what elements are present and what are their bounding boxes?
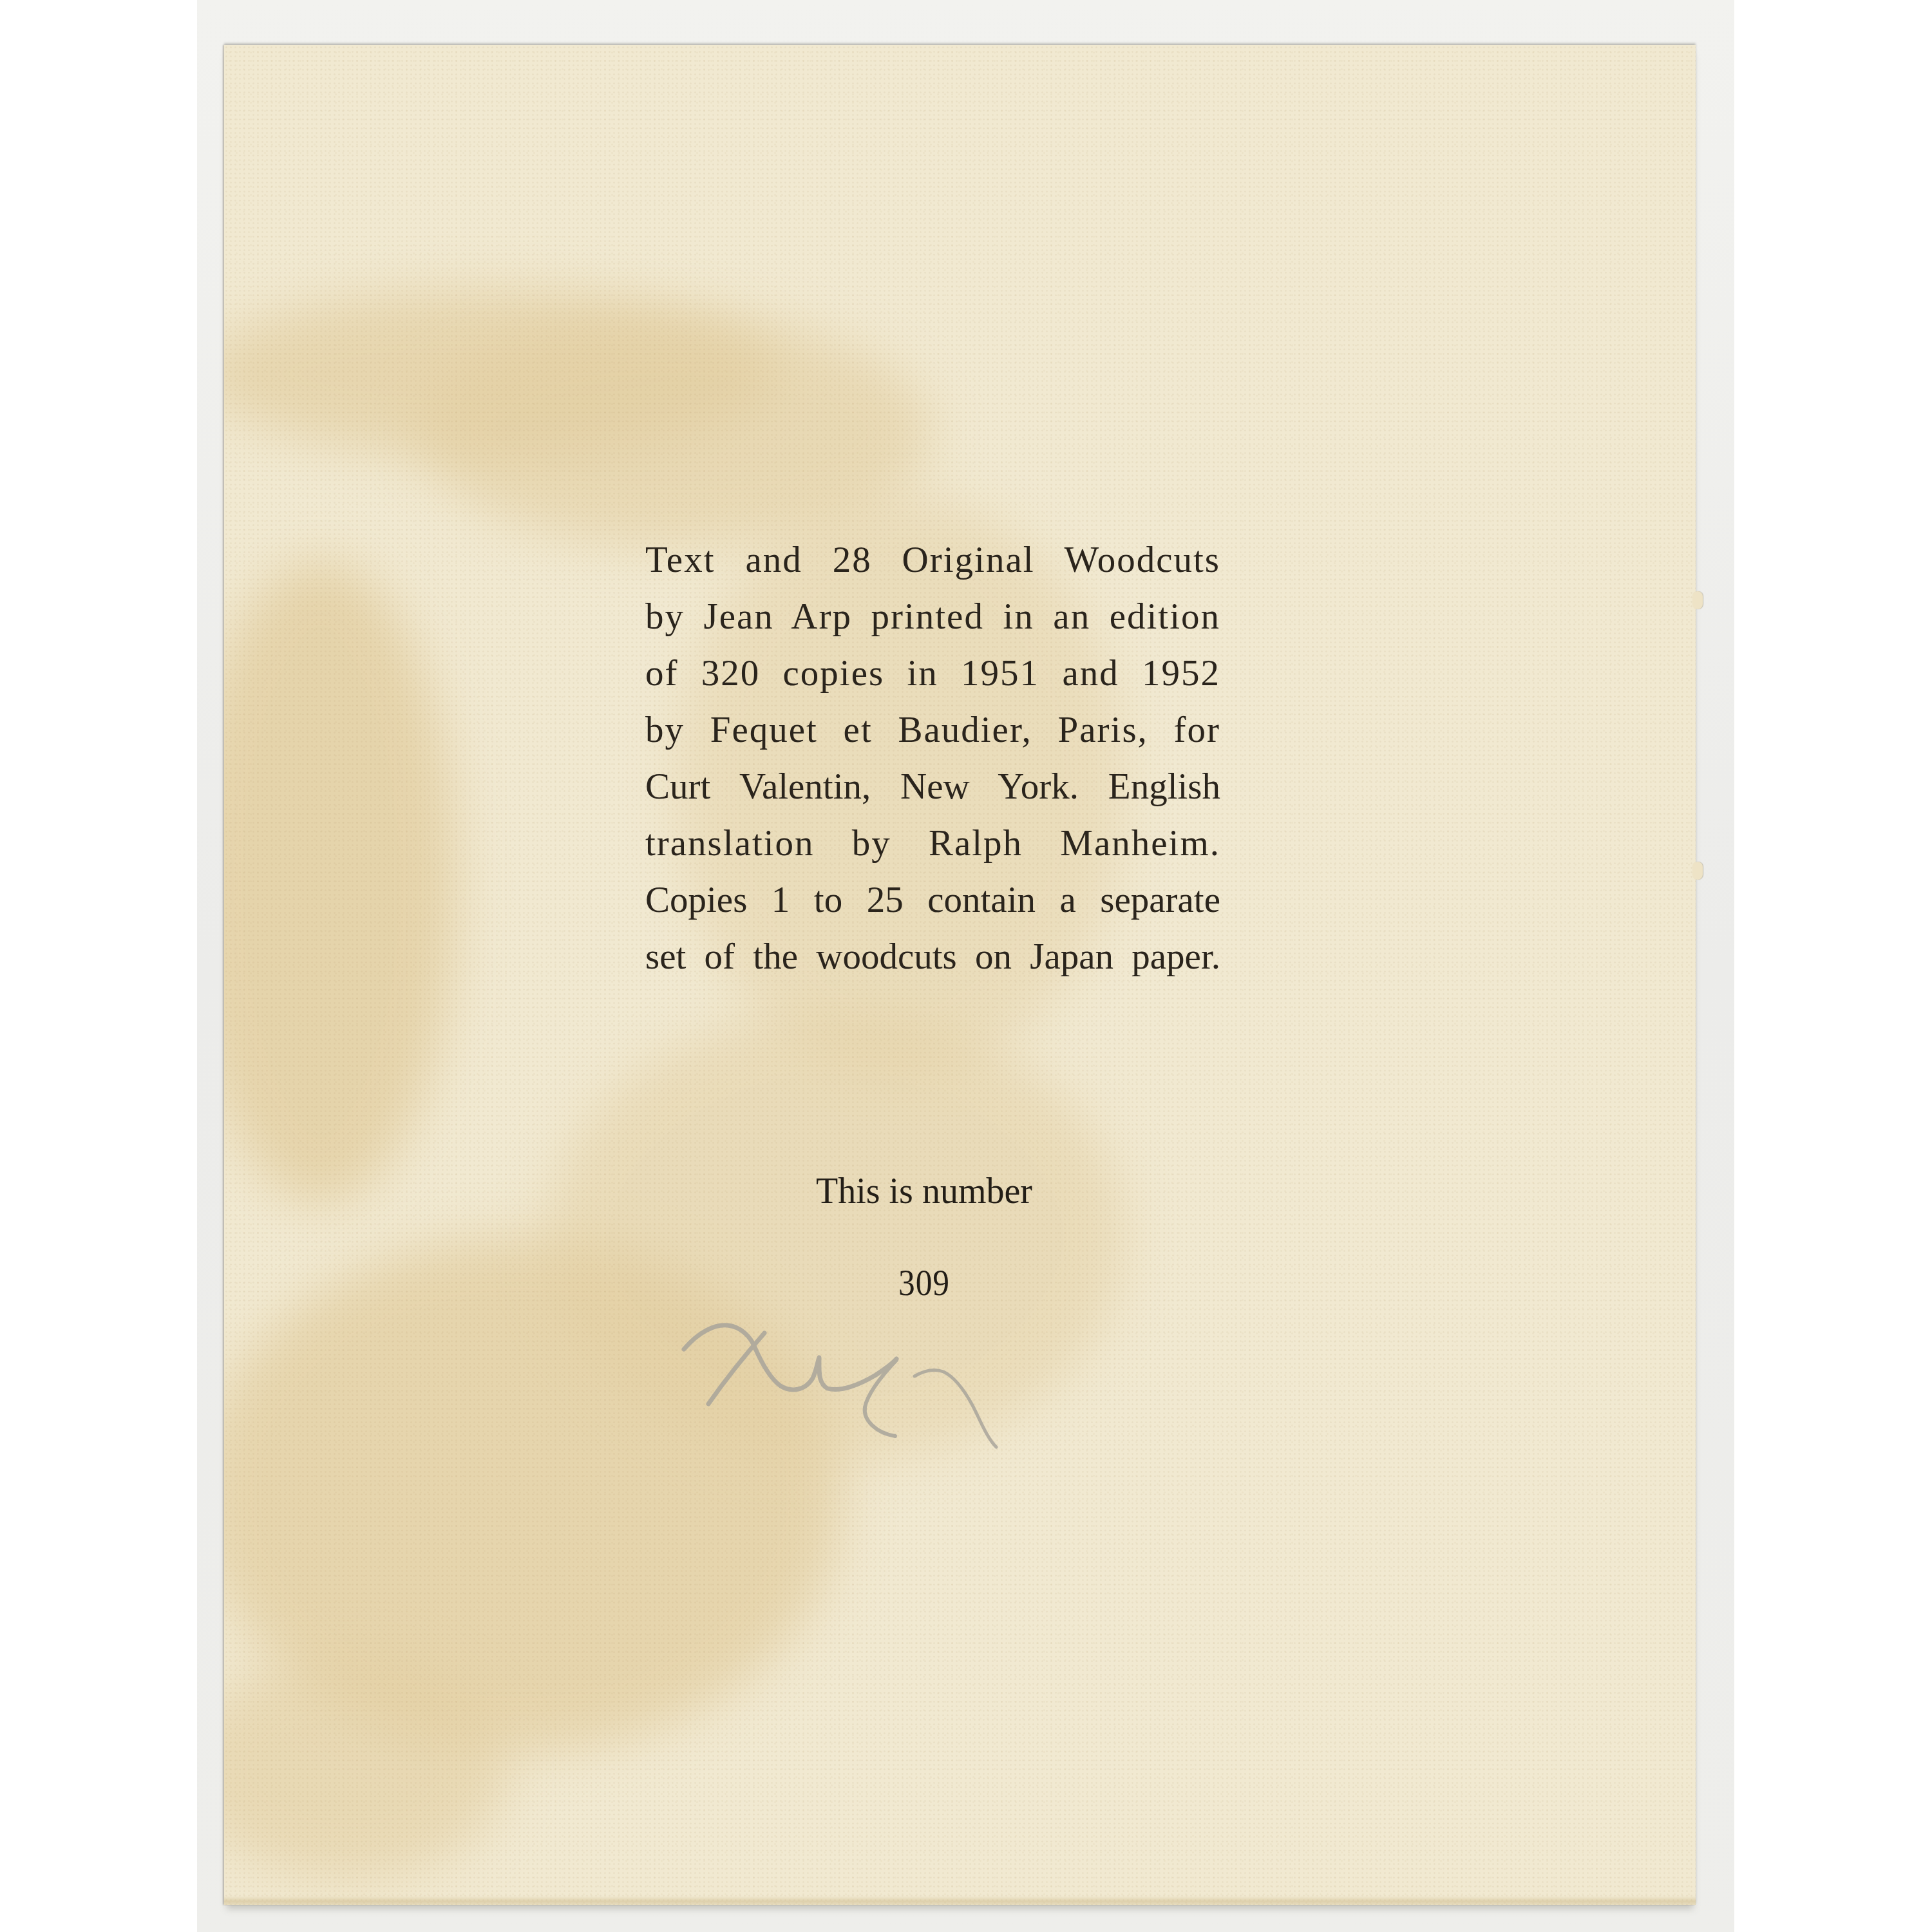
- colophon-line: of 320 copies in 1951 and 1952: [645, 645, 1220, 702]
- colophon-line: Curt Valentin, New York. English: [645, 759, 1220, 815]
- colophon-line: Copies 1 to 25 contain a separate: [645, 872, 1220, 929]
- deckle-bump: [1692, 862, 1703, 880]
- colophon-line: translation by Ralph Manheim.: [645, 815, 1220, 872]
- colophon-line: by Jean Arp printed in an edition: [645, 589, 1220, 645]
- edition-number-label: This is number: [795, 1169, 1053, 1214]
- edition-number-value: 309: [865, 1261, 983, 1306]
- deckle-edge-bottom: [224, 1896, 1696, 1905]
- stain-left-mid: [224, 560, 456, 1204]
- stain-lower-mid: [546, 1011, 1126, 1462]
- colophon-text-block: Text and 28 Original Woodcuts by Jean Ar…: [645, 532, 1220, 985]
- colophon-line: Text and 28 Original Woodcuts: [645, 532, 1220, 589]
- colophon-line: set of the woodcuts on Japan paper.: [645, 929, 1220, 985]
- colophon-line: by Fequet et Baudier, Paris, for: [645, 702, 1220, 759]
- deckle-bump: [1692, 591, 1703, 609]
